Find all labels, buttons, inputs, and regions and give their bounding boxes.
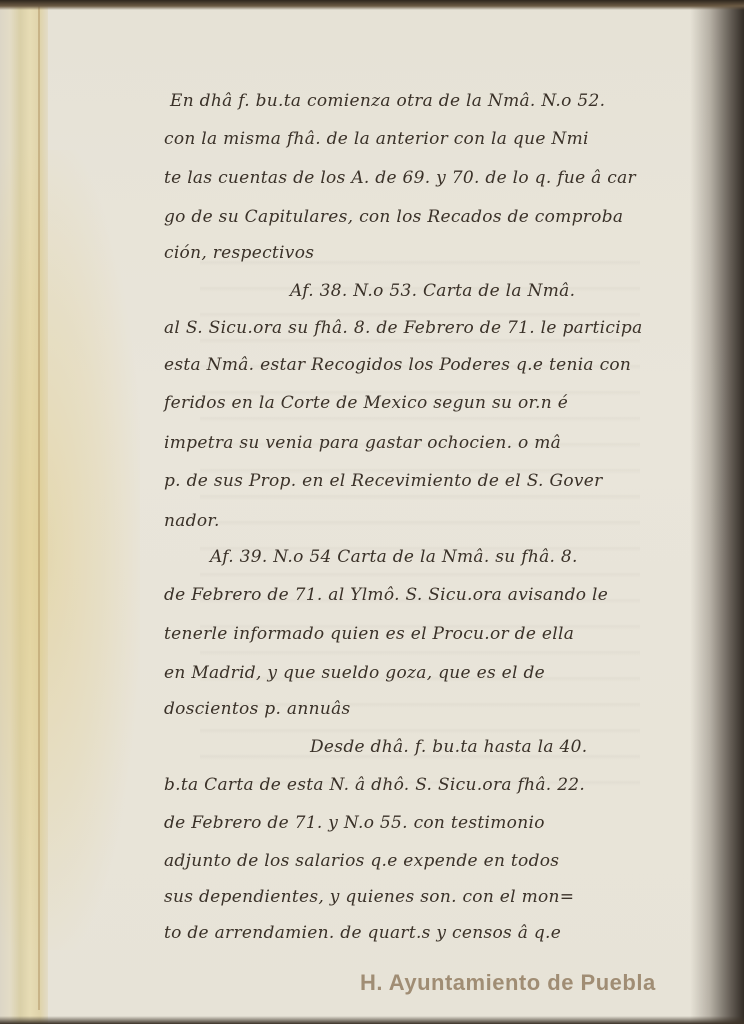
text-line: Desde dhâ. f. bu.ta hasta la 40. <box>310 730 587 764</box>
text-line: al S. Sicu.ora su fhâ. 8. de Febrero de … <box>164 311 643 345</box>
text-line: con la misma fhâ. de la anterior con la … <box>164 122 589 156</box>
text-line: go de su Capitulares, con los Recados de… <box>164 200 623 234</box>
water-stain <box>0 150 140 950</box>
manuscript-page: En dhâ f. bu.ta comienza otra de la Nmâ.… <box>0 0 744 1024</box>
text-line: de Febrero de 71. y N.o 55. con testimon… <box>164 806 545 840</box>
text-line: feridos en la Corte de Mexico segun su o… <box>164 386 568 420</box>
text-line: en Madrid, y que sueldo goza, que es el … <box>164 656 545 690</box>
text-line: de Febrero de 71. al Ylmô. S. Sicu.ora a… <box>164 578 608 612</box>
text-line: b.ta Carta de esta N. â dhô. S. Sicu.ora… <box>164 768 585 802</box>
page-bottom-edge <box>0 1016 744 1024</box>
page-top-edge <box>0 0 744 10</box>
text-line: te las cuentas de los A. de 69. y 70. de… <box>164 161 636 195</box>
text-line: En dhâ f. bu.ta comienza otra de la Nmâ.… <box>170 84 605 118</box>
text-line: impetra su venia para gastar ochocien. o… <box>164 426 561 460</box>
text-line: to de arrendamien. de quart.s y censos â… <box>164 916 561 950</box>
text-line: Af. 39. N.o 54 Carta de la Nmâ. su fhâ. … <box>210 540 578 574</box>
text-line: adjunto de los salarios q.e expende en t… <box>164 844 559 878</box>
text-line: tenerle informado quien es el Procu.or d… <box>164 617 574 651</box>
text-line: esta Nmâ. estar Recogidos los Poderes q.… <box>164 348 631 382</box>
text-line: ción, respectivos <box>164 236 314 270</box>
archive-watermark: H. Ayuntamiento de Puebla <box>360 970 656 996</box>
text-line: nador. <box>164 504 220 538</box>
text-line: doscientos p. annuâs <box>164 692 351 726</box>
text-line: p. de sus Prop. en el Recevimiento de el… <box>164 464 603 498</box>
text-line: Af. 38. N.o 53. Carta de la Nmâ. <box>290 274 575 308</box>
page-fold-line <box>38 0 40 1010</box>
text-line: sus dependientes, y quienes son. con el … <box>164 880 574 914</box>
